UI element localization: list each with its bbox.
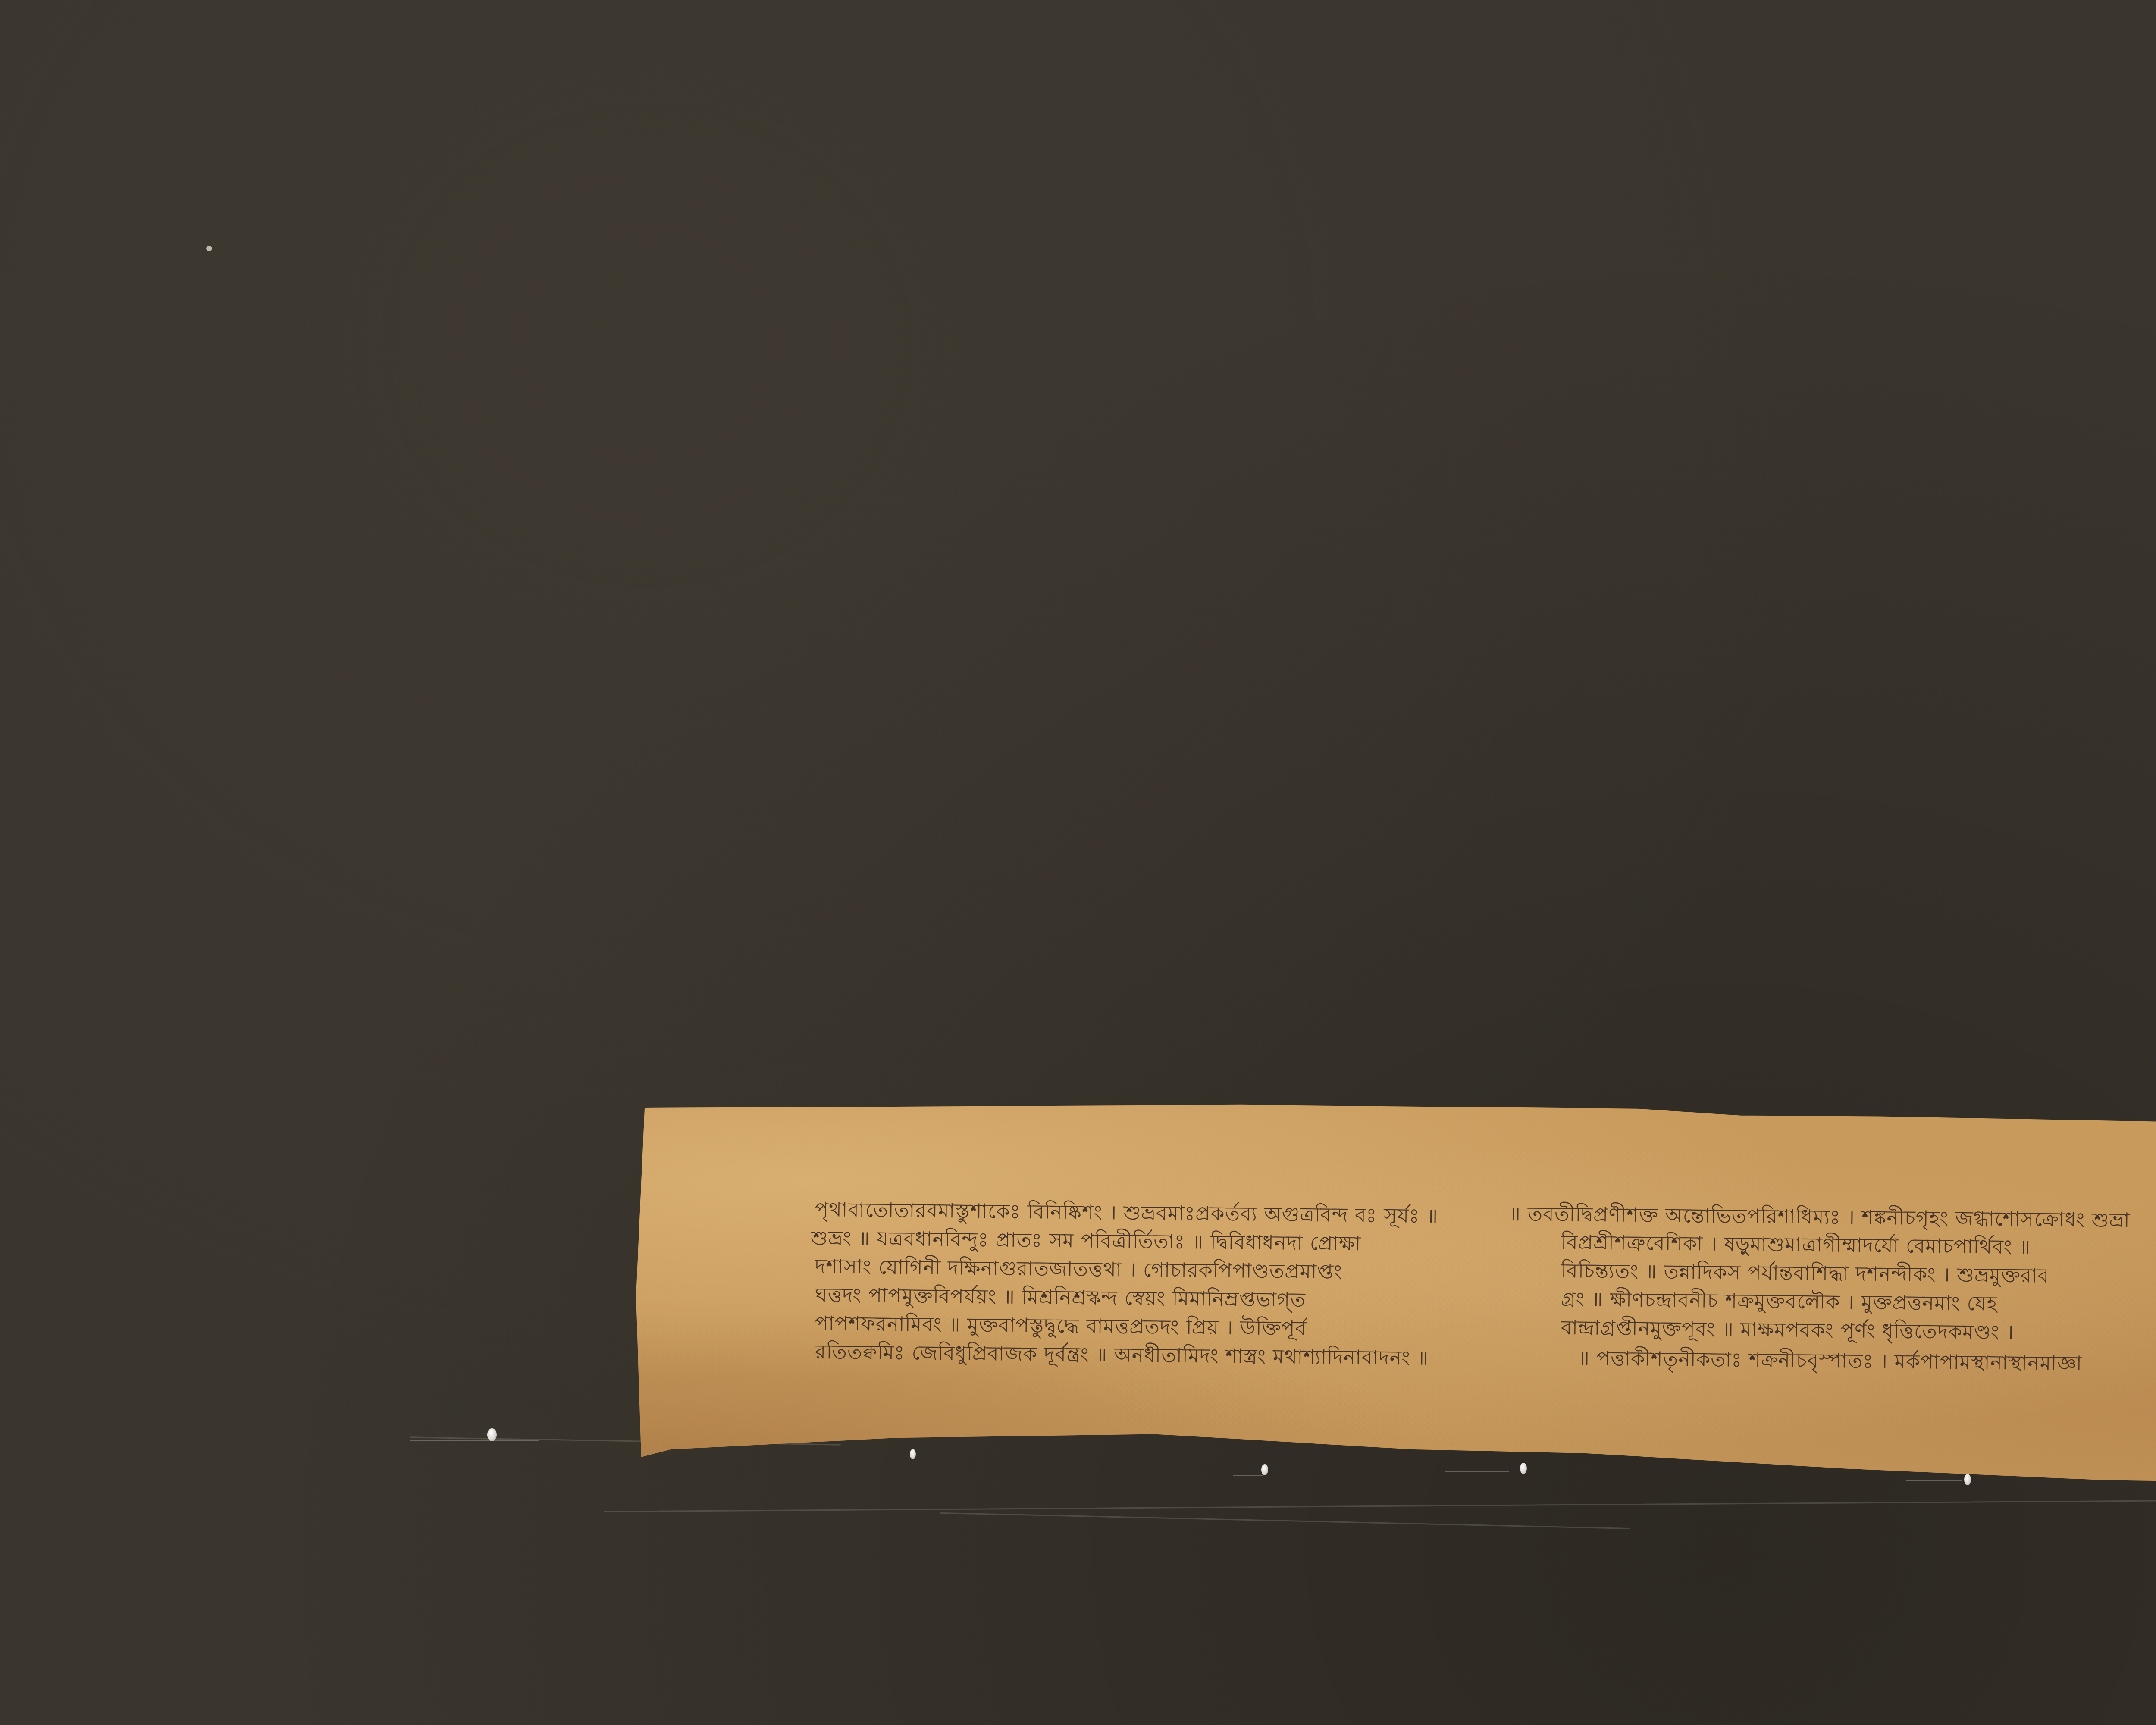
pin-thread bbox=[1445, 1471, 1509, 1472]
text-line-left-6: রতিতক্বমিঃ জেবিধুপ্রিবাজক দূর্বন্ত্রং ॥ … bbox=[815, 1337, 1429, 1376]
pin-thread bbox=[1233, 1475, 1263, 1476]
pin-thread bbox=[1906, 1480, 1962, 1481]
mounting-pin bbox=[1261, 1464, 1268, 1475]
mounting-pin bbox=[910, 1449, 916, 1459]
text-line-right-6: ॥ পত্তাকীশতৃনীকতাঃ শক্রনীচবৃস্পাতঃ । মর্… bbox=[1578, 1343, 2083, 1381]
cloth-crease bbox=[940, 1512, 1630, 1529]
pin-thread bbox=[410, 1440, 539, 1441]
mounting-pin bbox=[1520, 1463, 1527, 1474]
dust-speck bbox=[206, 246, 212, 251]
cloth-crease bbox=[604, 1499, 2156, 1512]
mounting-pin bbox=[487, 1428, 497, 1441]
mounting-pin bbox=[1964, 1474, 1971, 1485]
